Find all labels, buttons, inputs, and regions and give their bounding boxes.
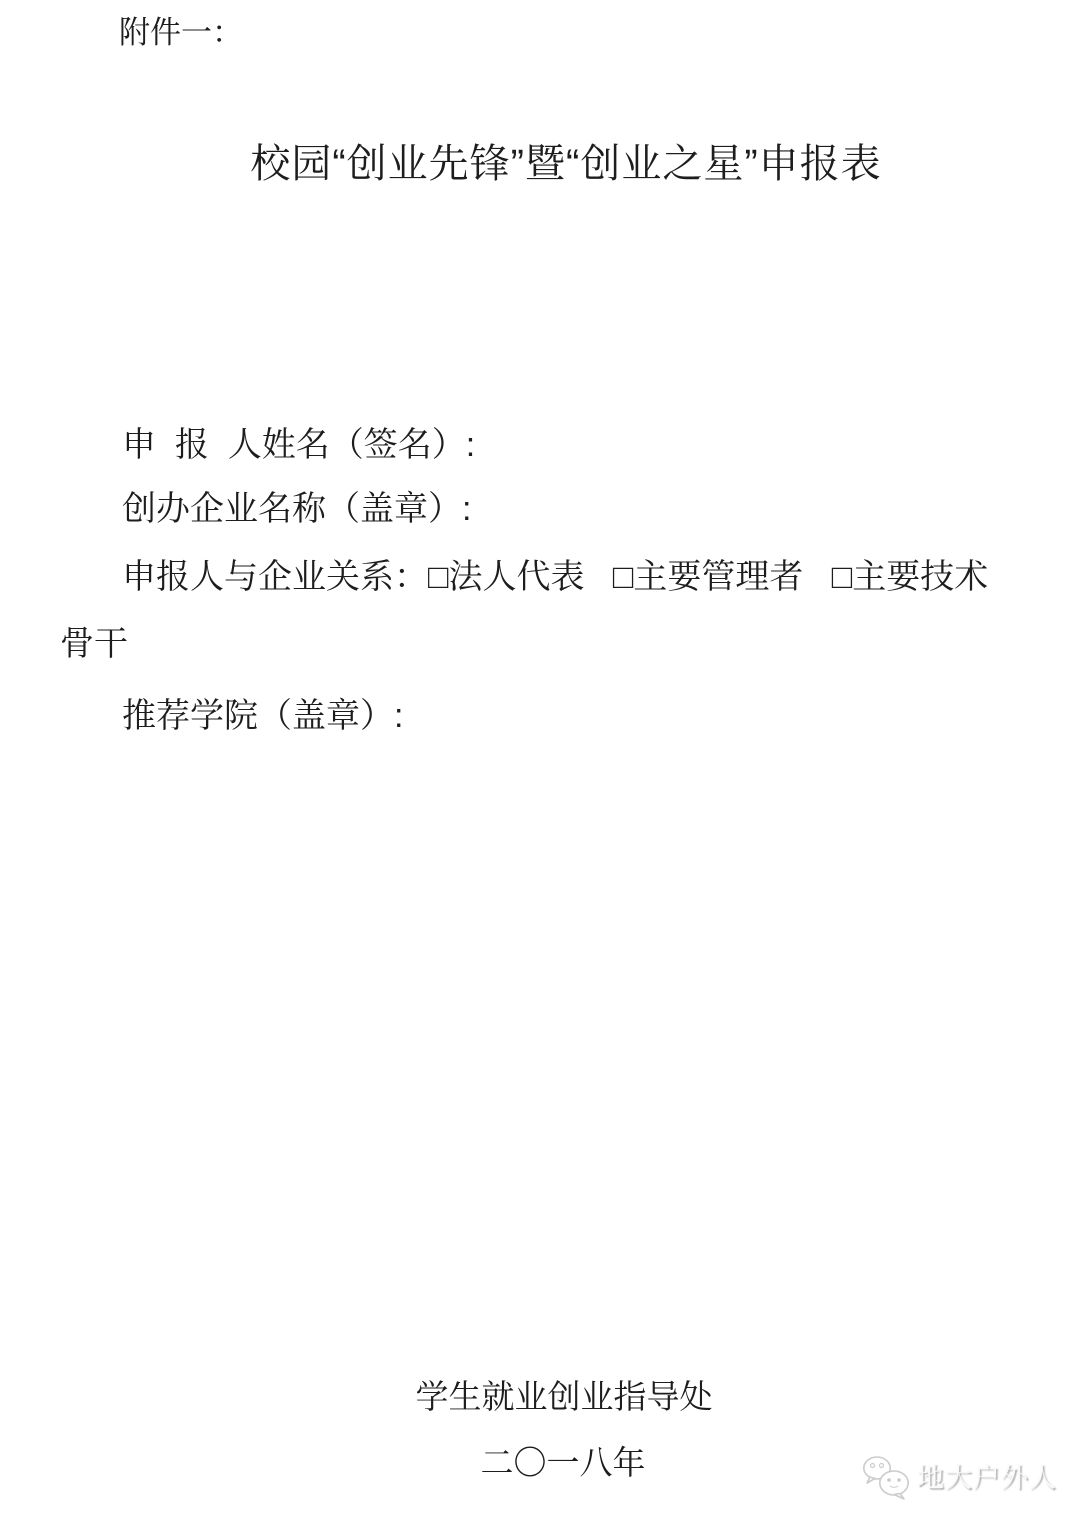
document-title: 校园“创业先锋”暨“创业之星”申报表 xyxy=(26,144,1080,184)
field-applicant-name-signature: 申 报 人姓名（签名）: xyxy=(122,428,475,462)
field-applicant-enterprise-relation-wrap: 骨干 xyxy=(60,627,128,661)
watermark-text: 地大户外人 xyxy=(917,1465,1057,1492)
issuing-department: 学生就业创业指导处 xyxy=(24,1380,1080,1413)
attachment-label: 附件一： xyxy=(119,17,243,48)
document-page: 附件一： 校园“创业先锋”暨“创业之星”申报表 申 报 人姓名（签名）: 创办企… xyxy=(0,0,1080,1526)
field-recommending-college-seal: 推荐学院（盖章）: xyxy=(122,699,403,733)
field-enterprise-name-seal: 创办企业名称（盖章）: xyxy=(122,492,471,526)
field-applicant-enterprise-relation: 申报人与企业关系：□法人代表 □主要管理者 □主要技术 xyxy=(122,560,988,594)
wechat-logo-icon xyxy=(862,1455,912,1501)
watermark: 地大户外人 xyxy=(862,1454,1057,1502)
